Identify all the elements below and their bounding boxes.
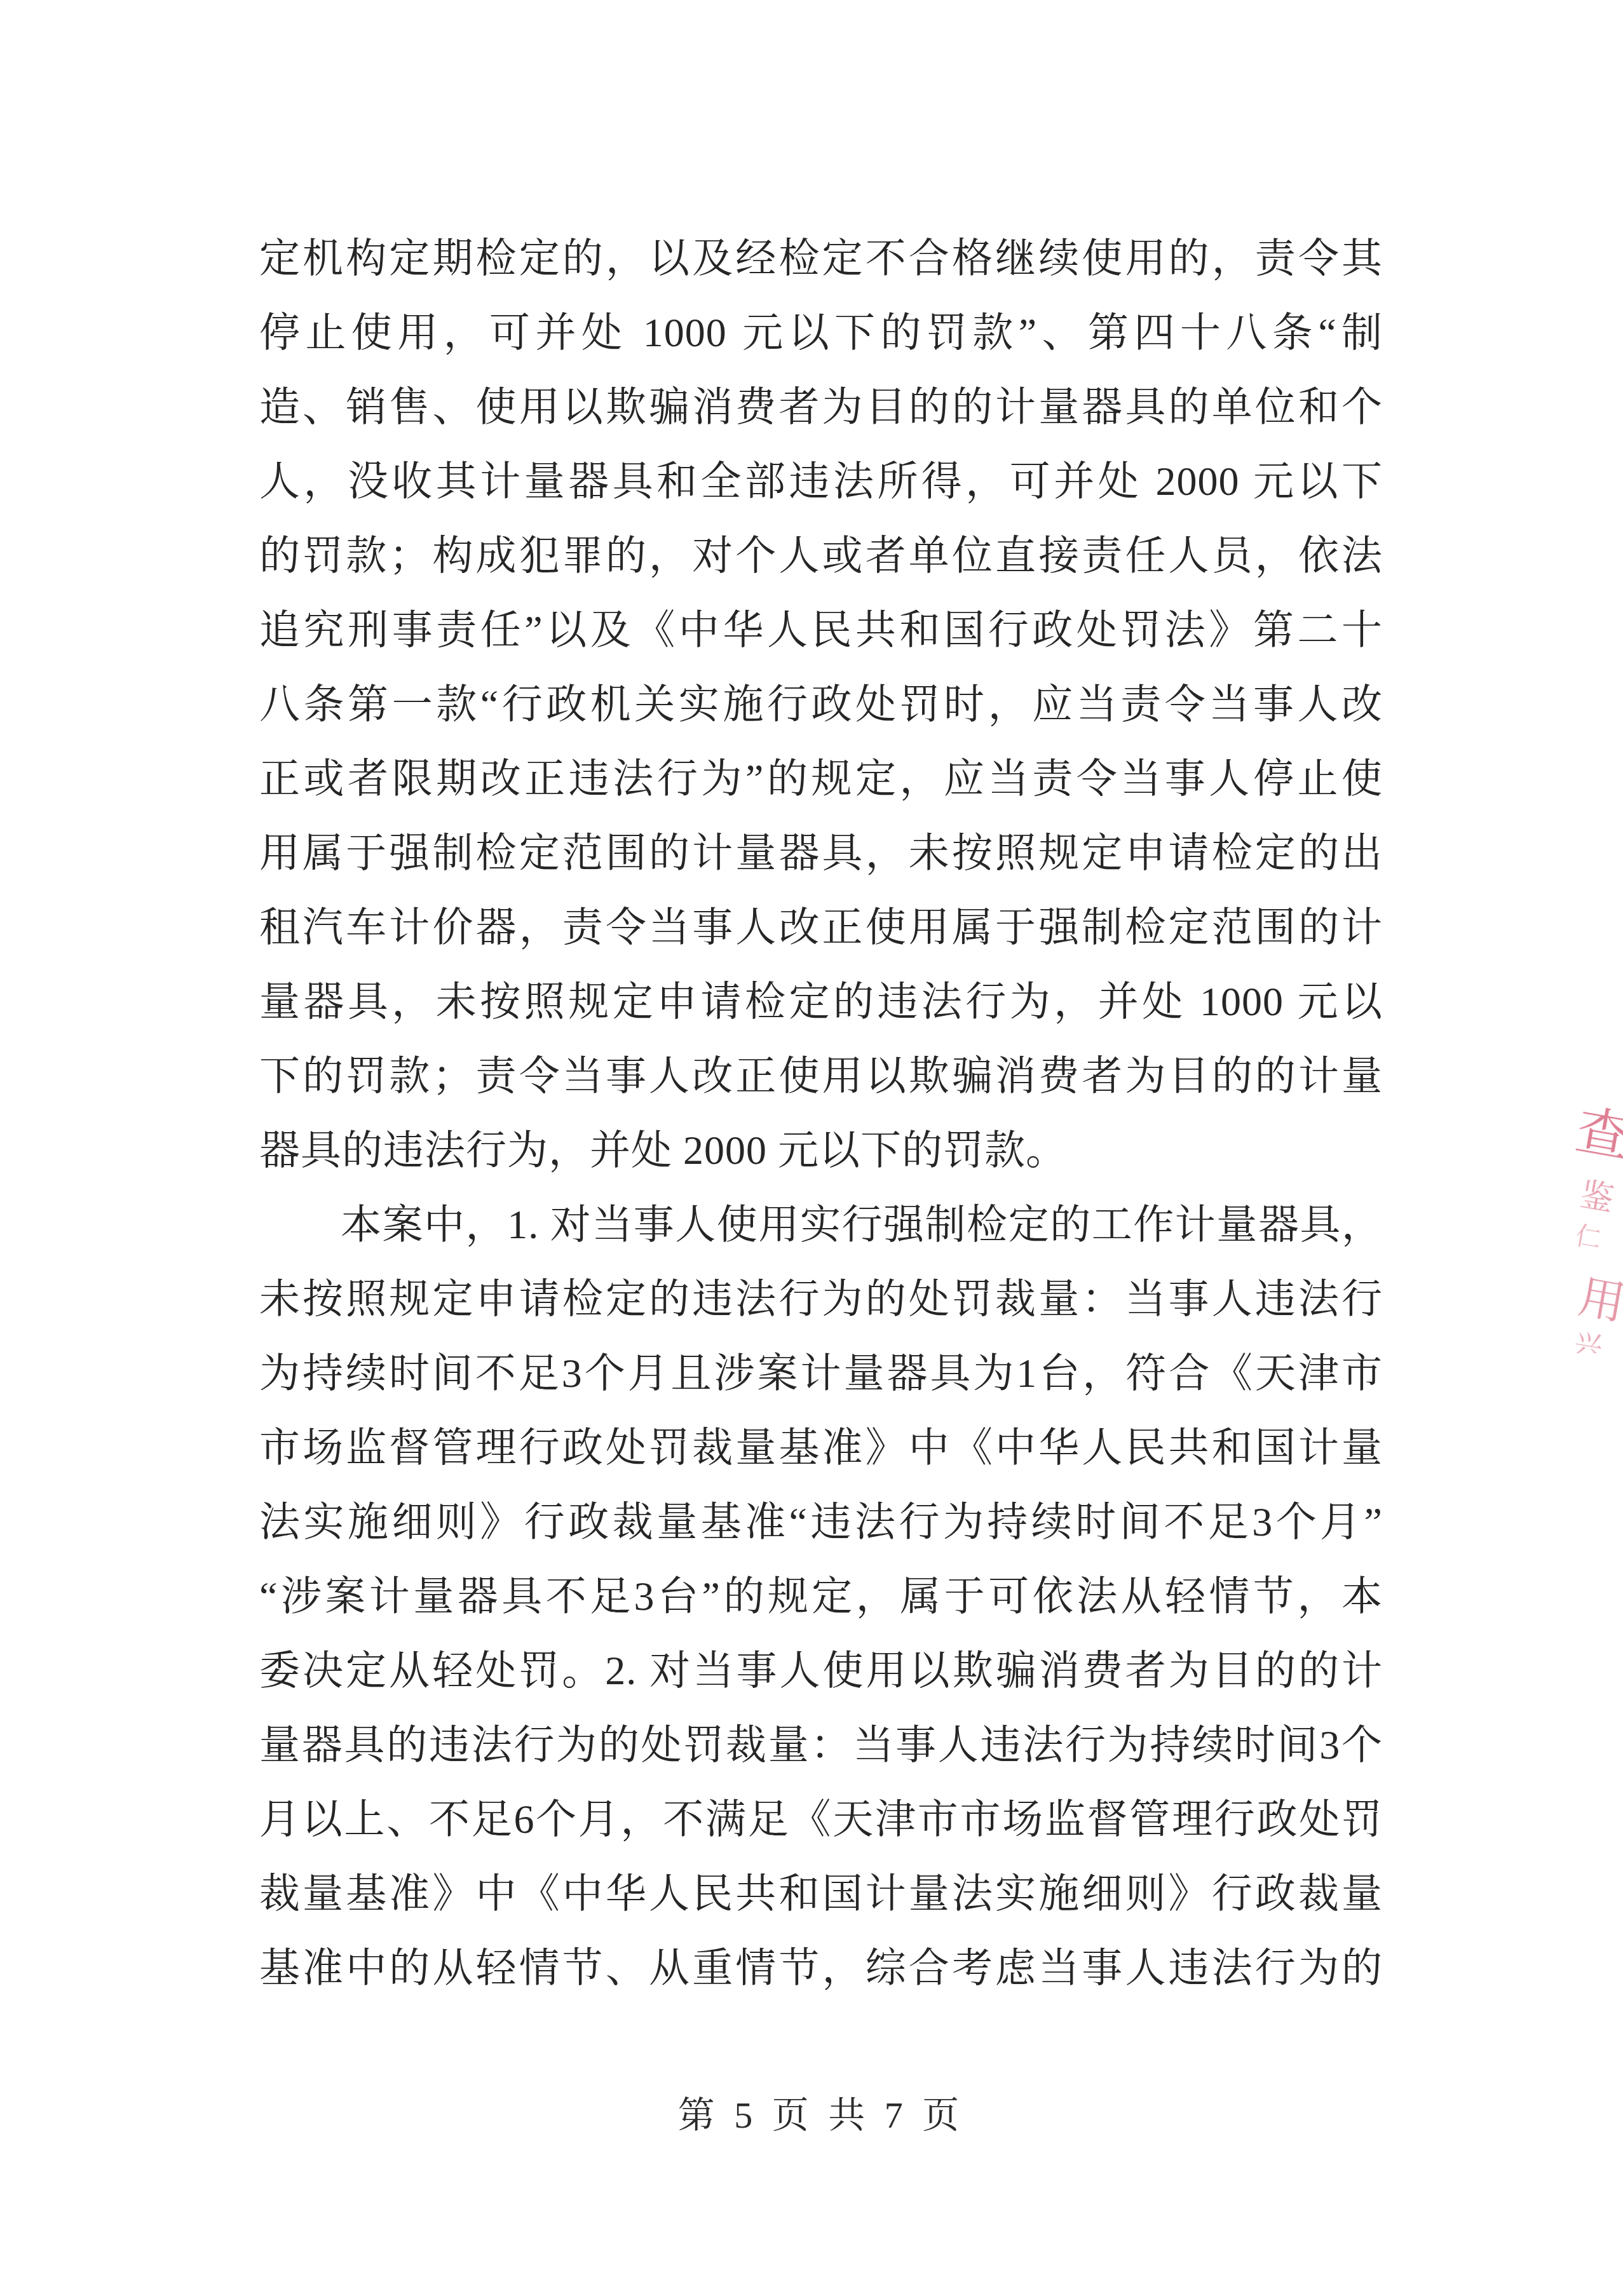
text-line: “涉案计量器具不足3台”的规定，属于可依法从轻情节，本: [259, 1559, 1383, 1633]
text-line: 造、销售、使用以欺骗消费者为目的的计量器具的单位和个: [259, 370, 1383, 444]
text-line: 停止使用，可并处 1000 元以下的罚款”、第四十八条“制: [259, 295, 1383, 370]
text-line: 定机构定期检定的，以及经检定不合格继续使用的，责令其: [259, 221, 1383, 295]
stamp-glyph: 仁: [1573, 1215, 1604, 1255]
text-line: 月以上、不足6个月，不满足《天津市市场监督管理行政处罚: [259, 1782, 1383, 1856]
stamp-glyph: 鉴: [1577, 1168, 1618, 1220]
text-line: 租汽车计价器，责令当事人改正使用属于强制检定范围的计: [259, 890, 1383, 964]
text-line: 器具的违法行为，并处 2000 元以下的罚款。: [259, 1113, 1383, 1187]
text-line: 为持续时间不足3个月且涉案计量器具为1台，符合《天津市: [259, 1336, 1383, 1410]
text-line: 下的罚款；责令当事人改正使用以欺骗消费者为目的的计量: [259, 1039, 1383, 1113]
text-line: 裁量基准》中《中华人民共和国计量法实施细则》行政裁量: [259, 1856, 1383, 1931]
red-stamp-fragment: 查 鉴 仁 用 兴: [1572, 1080, 1623, 1353]
text-line: 追究刑事责任”以及《中华人民共和国行政处罚法》第二十: [259, 593, 1383, 667]
text-line: 的罚款；构成犯罪的，对个人或者单位直接责任人员，依法: [259, 518, 1383, 593]
stamp-glyph: 兴: [1572, 1321, 1606, 1353]
document-page: 定机构定期检定的，以及经检定不合格继续使用的，责令其 停止使用，可并处 1000…: [0, 0, 1623, 2296]
text-line: 用属于强制检定范围的计量器具，未按照规定申请检定的出: [259, 816, 1383, 890]
text-line: 量器具，未按照规定申请检定的违法行为，并处 1000 元以: [259, 964, 1383, 1039]
stamp-glyph: 用: [1575, 1260, 1623, 1333]
text-line: 正或者限期改正违法行为”的规定，应当责令当事人停止使: [259, 741, 1383, 816]
page-number: 第 5 页 共 7 页: [259, 2085, 1383, 2138]
body-text: 定机构定期检定的，以及经检定不合格继续使用的，责令其 停止使用，可并处 1000…: [259, 221, 1383, 2005]
text-line: 基准中的从轻情节、从重情节，综合考虑当事人违法行为的: [259, 1931, 1383, 2005]
text-line: 委决定从轻处罚。2. 对当事人使用以欺骗消费者为目的的计: [259, 1633, 1383, 1708]
text-line: 法实施细则》行政裁量基准“违法行为持续时间不足3个月”: [259, 1485, 1383, 1559]
text-line: 未按照规定申请检定的违法行为的处罚裁量：当事人违法行: [259, 1262, 1383, 1336]
text-line: 量器具的违法行为的处罚裁量：当事人违法行为持续时间3个: [259, 1708, 1383, 1782]
stamp-glyph: 查: [1572, 1088, 1623, 1173]
text-line: 人，没收其计量器具和全部违法所得，可并处 2000 元以下: [259, 444, 1383, 518]
text-line: 市场监督管理行政处罚裁量基准》中《中华人民共和国计量: [259, 1410, 1383, 1485]
text-line-paragraph-start: 本案中，1. 对当事人使用实行强制检定的工作计量器具，: [259, 1187, 1383, 1262]
text-line: 八条第一款“行政机关实施行政处罚时，应当责令当事人改: [259, 667, 1383, 741]
